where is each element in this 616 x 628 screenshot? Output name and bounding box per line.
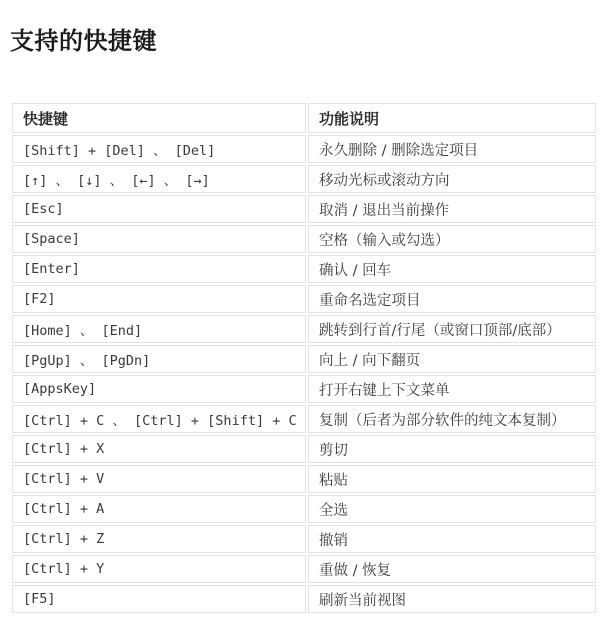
table-row: [Ctrl] + Z撤销: [12, 525, 596, 553]
shortcut-key-cell: [Space]: [12, 225, 306, 253]
table-row: [Space]空格（输入或勾选）: [12, 225, 596, 253]
shortcut-description-cell: 剪切: [308, 435, 596, 463]
shortcut-description-cell: 打开右键上下文菜单: [308, 375, 596, 403]
table-row: [Shift] + [Del] 、 [Del]永久删除 / 删除选定项目: [12, 135, 596, 163]
table-row: [↑] 、 [↓] 、 [←] 、 [→]移动光标或滚动方向: [12, 165, 596, 193]
shortcut-key-cell: [AppsKey]: [12, 375, 306, 403]
table-row: [Ctrl] + X剪切: [12, 435, 596, 463]
column-header-shortcut: 快捷键: [12, 103, 306, 133]
shortcuts-table-header: 快捷键 功能说明: [12, 103, 596, 133]
shortcut-description-cell: 跳转到行首/行尾（或窗口顶部/底部）: [308, 315, 596, 343]
shortcut-description-cell: 重命名选定项目: [308, 285, 596, 313]
shortcut-description-cell: 重做 / 恢复: [308, 555, 596, 583]
table-row: [Esc]取消 / 退出当前操作: [12, 195, 596, 223]
shortcut-description-cell: 移动光标或滚动方向: [308, 165, 596, 193]
shortcut-description-cell: 粘贴: [308, 465, 596, 493]
shortcut-key-cell: [Shift] + [Del] 、 [Del]: [12, 135, 306, 163]
shortcut-key-cell: [Ctrl] + Z: [12, 525, 306, 553]
table-row: [F2]重命名选定项目: [12, 285, 596, 313]
column-header-description: 功能说明: [308, 103, 596, 133]
table-row: [Ctrl] + V粘贴: [12, 465, 596, 493]
shortcuts-table: 快捷键 功能说明 [Shift] + [Del] 、 [Del]永久删除 / 删…: [10, 101, 598, 615]
shortcuts-table-body: [Shift] + [Del] 、 [Del]永久删除 / 删除选定项目[↑] …: [12, 135, 596, 613]
shortcut-key-cell: [Ctrl] + C 、 [Ctrl] + [Shift] + C: [12, 405, 306, 433]
table-row: [Ctrl] + A全选: [12, 495, 596, 523]
table-row: [Ctrl] + Y重做 / 恢复: [12, 555, 596, 583]
shortcut-key-cell: [↑] 、 [↓] 、 [←] 、 [→]: [12, 165, 306, 193]
shortcut-key-cell: [Enter]: [12, 255, 306, 283]
document-page: 支持的快捷键 快捷键 功能说明 [Shift] + [Del] 、 [Del]永…: [0, 0, 616, 615]
shortcut-description-cell: 复制（后者为部分软件的纯文本复制）: [308, 405, 596, 433]
table-row: [Enter]确认 / 回车: [12, 255, 596, 283]
shortcut-key-cell: [Home] 、 [End]: [12, 315, 306, 343]
shortcut-description-cell: 刷新当前视图: [308, 585, 596, 613]
shortcut-description-cell: 向上 / 向下翻页: [308, 345, 596, 373]
shortcut-key-cell: [F2]: [12, 285, 306, 313]
table-row: [PgUp] 、 [PgDn]向上 / 向下翻页: [12, 345, 596, 373]
table-row: [F5]刷新当前视图: [12, 585, 596, 613]
page-title: 支持的快捷键: [10, 26, 606, 56]
shortcut-key-cell: [Ctrl] + V: [12, 465, 306, 493]
shortcut-description-cell: 全选: [308, 495, 596, 523]
table-row: [Ctrl] + C 、 [Ctrl] + [Shift] + C复制（后者为部…: [12, 405, 596, 433]
header-row: 快捷键 功能说明: [12, 103, 596, 133]
shortcut-key-cell: [PgUp] 、 [PgDn]: [12, 345, 306, 373]
shortcut-description-cell: 取消 / 退出当前操作: [308, 195, 596, 223]
shortcut-description-cell: 永久删除 / 删除选定项目: [308, 135, 596, 163]
shortcut-key-cell: [Ctrl] + A: [12, 495, 306, 523]
shortcut-description-cell: 确认 / 回车: [308, 255, 596, 283]
table-row: [Home] 、 [End]跳转到行首/行尾（或窗口顶部/底部）: [12, 315, 596, 343]
shortcut-description-cell: 空格（输入或勾选）: [308, 225, 596, 253]
shortcut-key-cell: [Ctrl] + Y: [12, 555, 306, 583]
shortcut-key-cell: [F5]: [12, 585, 306, 613]
shortcut-key-cell: [Ctrl] + X: [12, 435, 306, 463]
shortcut-description-cell: 撤销: [308, 525, 596, 553]
shortcut-key-cell: [Esc]: [12, 195, 306, 223]
table-row: [AppsKey]打开右键上下文菜单: [12, 375, 596, 403]
